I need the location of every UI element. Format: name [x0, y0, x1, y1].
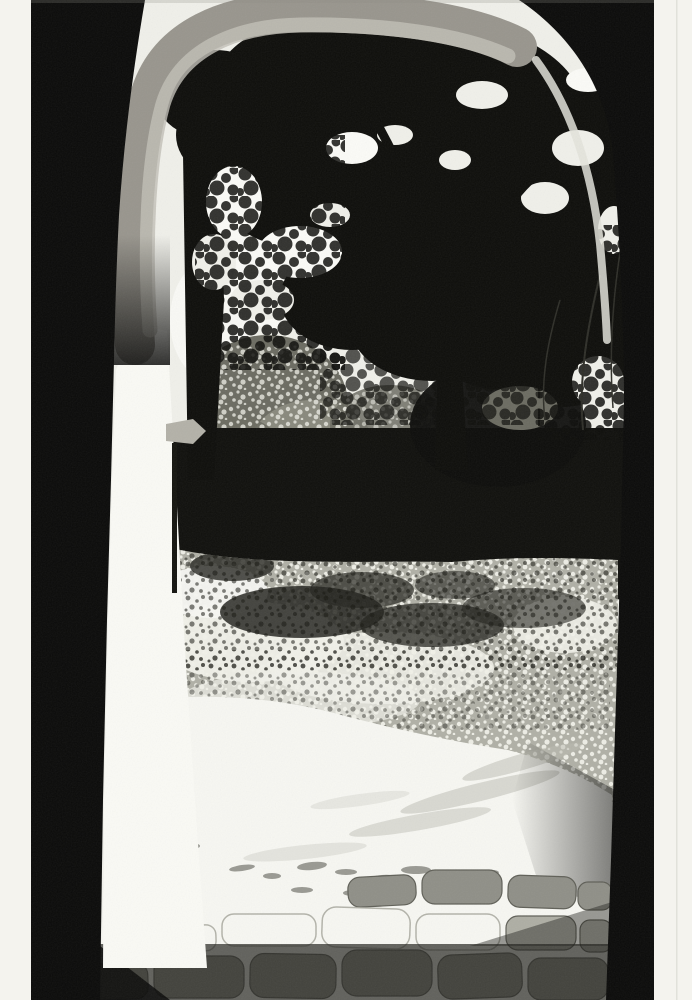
photograph-canvas [0, 0, 692, 1000]
garden-view [31, 0, 692, 1000]
film-grain [31, 0, 654, 1000]
photo-print [0, 0, 692, 1000]
border-crease-line [676, 0, 678, 1000]
